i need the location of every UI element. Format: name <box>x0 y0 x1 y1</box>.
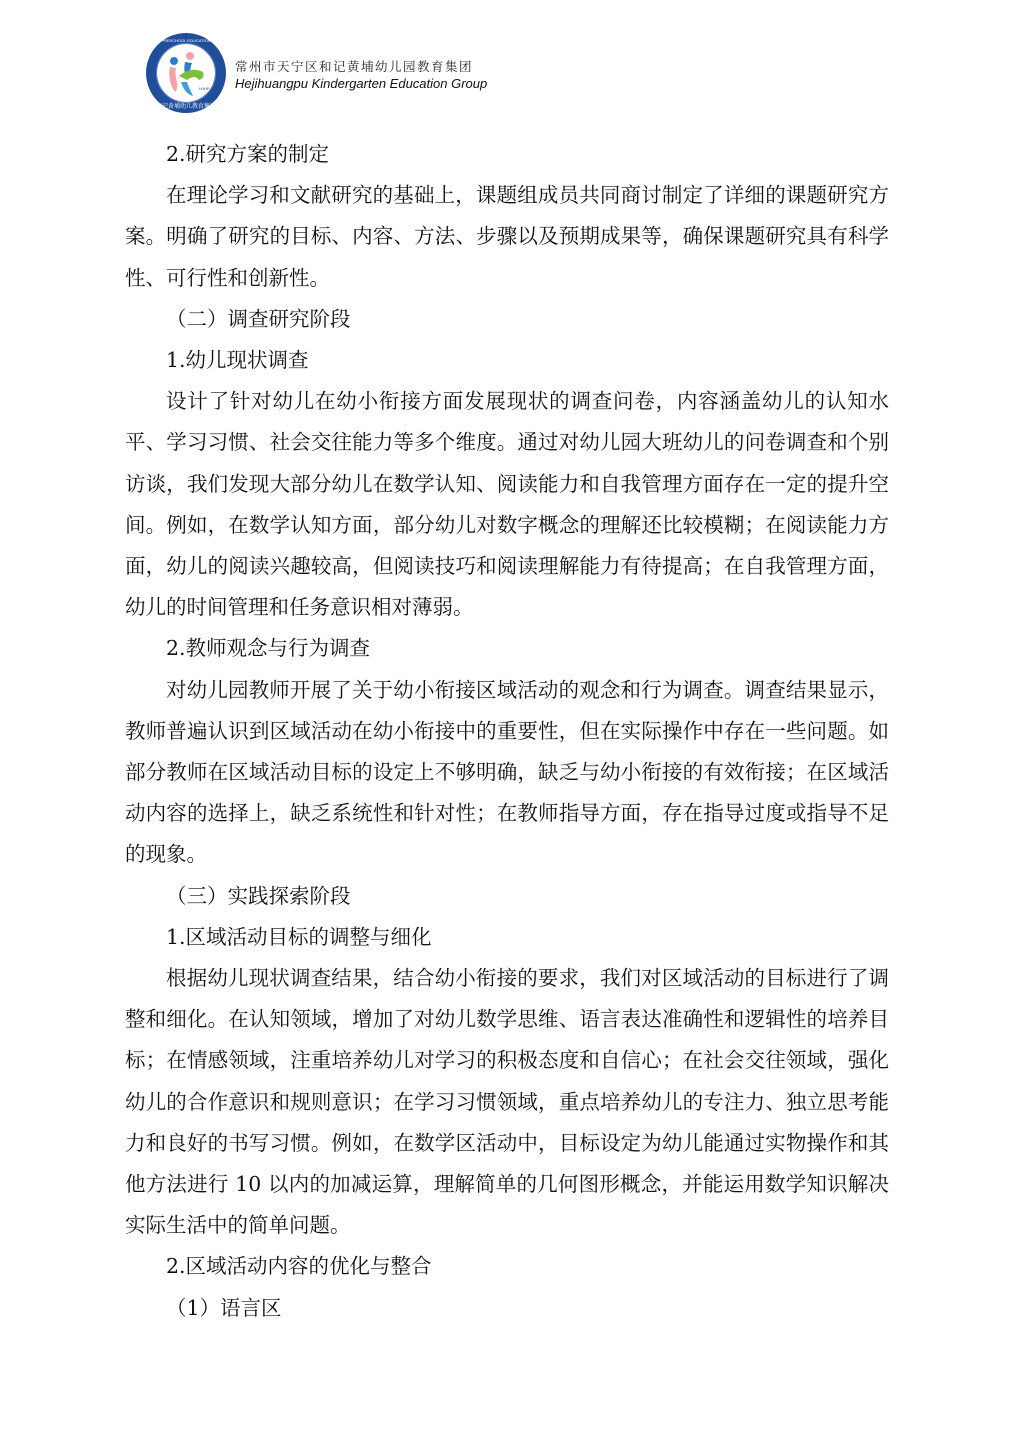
svg-text:和记黄埔幼儿教育集团: 和记黄埔幼儿教育集团 <box>156 102 216 110</box>
org-name-chinese: 常州市天宁区和记黄埔幼儿园教育集团 <box>235 58 487 75</box>
page-header: HJHP 和记黄埔幼儿教育集团 PRESCHOOL EDUCATION 常州市天… <box>145 28 487 118</box>
subheading-child-survey: 1.幼儿现状调查 <box>125 340 889 381</box>
subheading-teacher-survey: 2.教师观念与行为调查 <box>125 628 889 669</box>
paragraph-research-plan: 在理论学习和文献研究的基础上，课题组成员共同商讨制定了详细的课题研究方案。明确了… <box>125 175 889 299</box>
svg-text:PRESCHOOL EDUCATION: PRESCHOOL EDUCATION <box>161 38 210 43</box>
paragraph-child-survey: 设计了针对幼儿在幼小衔接方面发展现状的调查问卷，内容涵盖幼儿的认知水平、学习习惯… <box>125 381 889 628</box>
organization-name: 常州市天宁区和记黄埔幼儿园教育集团 Hejihuangpu Kindergart… <box>235 54 487 92</box>
paragraph-teacher-survey: 对幼儿园教师开展了关于幼小衔接区域活动的观念和行为调查。调查结果显示，教师普遍认… <box>125 670 889 876</box>
document-body: 2.研究方案的制定 在理论学习和文献研究的基础上，课题组成员共同商讨制定了详细的… <box>125 134 889 1329</box>
heading-practice-stage: （三）实践探索阶段 <box>125 876 889 917</box>
paragraph-goal-adjustment: 根据幼儿现状调查结果，结合幼小衔接的要求，我们对区域活动的目标进行了调整和细化。… <box>125 958 889 1246</box>
item-language-area: （1）语言区 <box>125 1288 889 1329</box>
heading-survey-stage: （二）调查研究阶段 <box>125 299 889 340</box>
kindergarten-logo-icon: HJHP 和记黄埔幼儿教育集团 PRESCHOOL EDUCATION <box>145 32 227 114</box>
subheading-research-plan: 2.研究方案的制定 <box>125 134 889 175</box>
org-name-english: Hejihuangpu Kindergarten Education Group <box>235 75 487 92</box>
subheading-content-optimization: 2.区域活动内容的优化与整合 <box>125 1246 889 1287</box>
svg-text:HJHP: HJHP <box>199 86 210 91</box>
subheading-goal-adjustment: 1.区域活动目标的调整与细化 <box>125 917 889 958</box>
